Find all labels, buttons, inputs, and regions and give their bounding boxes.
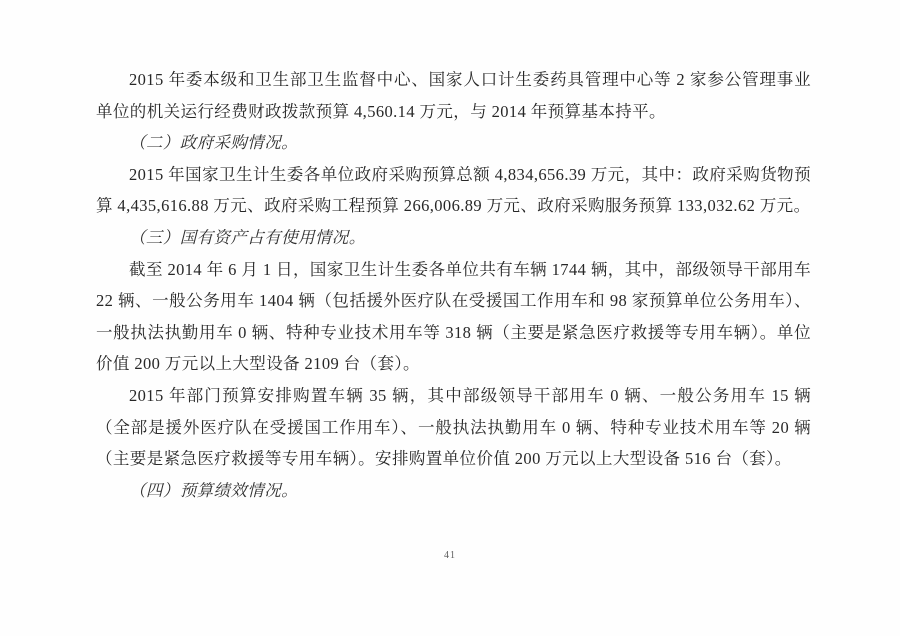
section-heading-budget-performance: （四）预算绩效情况。 <box>96 475 811 507</box>
section-heading-government-procurement: （二）政府采购情况。 <box>96 127 811 159</box>
paragraph-admin-operating-budget: 2015 年委本级和卫生部卫生监督中心、国家人口计生委药具管理中心等 2 家参公… <box>96 64 811 127</box>
paragraph-vehicle-asset-inventory: 截至 2014 年 6 月 1 日，国家卫生计生委各单位共有车辆 1744 辆，… <box>96 254 811 380</box>
page-number: 41 <box>0 550 900 561</box>
section-heading-state-assets: （三）国有资产占有使用情况。 <box>96 222 811 254</box>
paragraph-procurement-budget-figures: 2015 年国家卫生计生委各单位政府采购预算总额 4,834,656.39 万元… <box>96 159 811 222</box>
document-text-block: 2015 年委本级和卫生部卫生监督中心、国家人口计生委药具管理中心等 2 家参公… <box>96 64 811 506</box>
document-page: 2015 年委本级和卫生部卫生监督中心、国家人口计生委药具管理中心等 2 家参公… <box>0 0 900 636</box>
paragraph-vehicle-purchase-plan: 2015 年部门预算安排购置车辆 35 辆，其中部级领导干部用车 0 辆、一般公… <box>96 380 811 475</box>
